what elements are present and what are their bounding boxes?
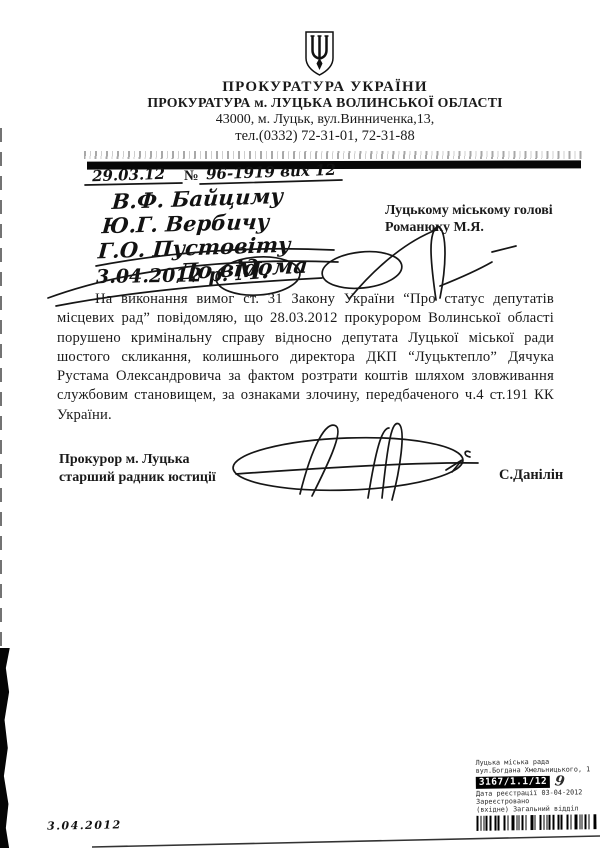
recipient-name: Романюку М.Я.	[385, 219, 553, 236]
recipient-title: Луцькому міському голові	[385, 202, 553, 219]
outgoing-date-handwritten: 29.03.12	[92, 165, 166, 186]
stamp-handwritten-mark: 9	[555, 775, 566, 788]
scan-edge-artifact-thin	[0, 128, 2, 650]
stamp-reg-number: 3167/1.1/12	[476, 776, 551, 789]
letter-body: На виконання вимог ст. 31 Закону України…	[57, 290, 554, 425]
signer-position-line1: Прокурор м. Луцька	[59, 451, 216, 469]
numero-sign: №	[184, 168, 199, 185]
resolution-date: 3.04.2012 р.	[96, 264, 229, 288]
org-address: 43000, м. Луцьк, вул.Винниченка,13,	[40, 112, 600, 128]
stamp-reg-date: Дата реєстрації 03-04-2012	[476, 788, 600, 798]
barcode-icon	[476, 814, 596, 831]
signer-position: Прокурор м. Луцька старший радник юстиці…	[59, 451, 216, 487]
scan-edge-artifact-thick	[0, 648, 13, 848]
stamp-department: (вхідне) Загальний відділ	[476, 804, 600, 814]
registration-stamp: Луцька міська рада вул.Богдана Хмельниць…	[476, 757, 600, 831]
org-phone: тел.(0332) 72-31-01, 72-31-88	[40, 128, 600, 145]
outgoing-number-handwritten: 96-1919 вих 12	[206, 161, 336, 184]
resolution-signature-initials: М.	[236, 257, 270, 286]
tryzub-emblem-icon	[303, 30, 336, 77]
margin-handwritten-date: 3.04.2012	[47, 818, 122, 832]
recipient-block: Луцькому міському голові Романюку М.Я.	[385, 202, 553, 236]
org-name-line2: ПРОКУРАТУРА м. ЛУЦЬКА ВОЛИНСЬКОЇ ОБЛАСТІ	[40, 95, 600, 111]
org-name-line1: ПРОКУРАТУРА УКРАЇНИ	[40, 79, 600, 96]
scanned-letter-page: ПРОКУРАТУРА УКРАЇНИ ПРОКУРАТУРА м. ЛУЦЬК…	[0, 0, 600, 848]
signer-position-line2: старший радник юстиції	[59, 469, 216, 487]
stamp-org-address: вул.Богдана Хмельницького, 1	[476, 765, 600, 775]
scan-noise-band	[84, 151, 582, 159]
signer-name: С.Данілін	[499, 467, 563, 484]
